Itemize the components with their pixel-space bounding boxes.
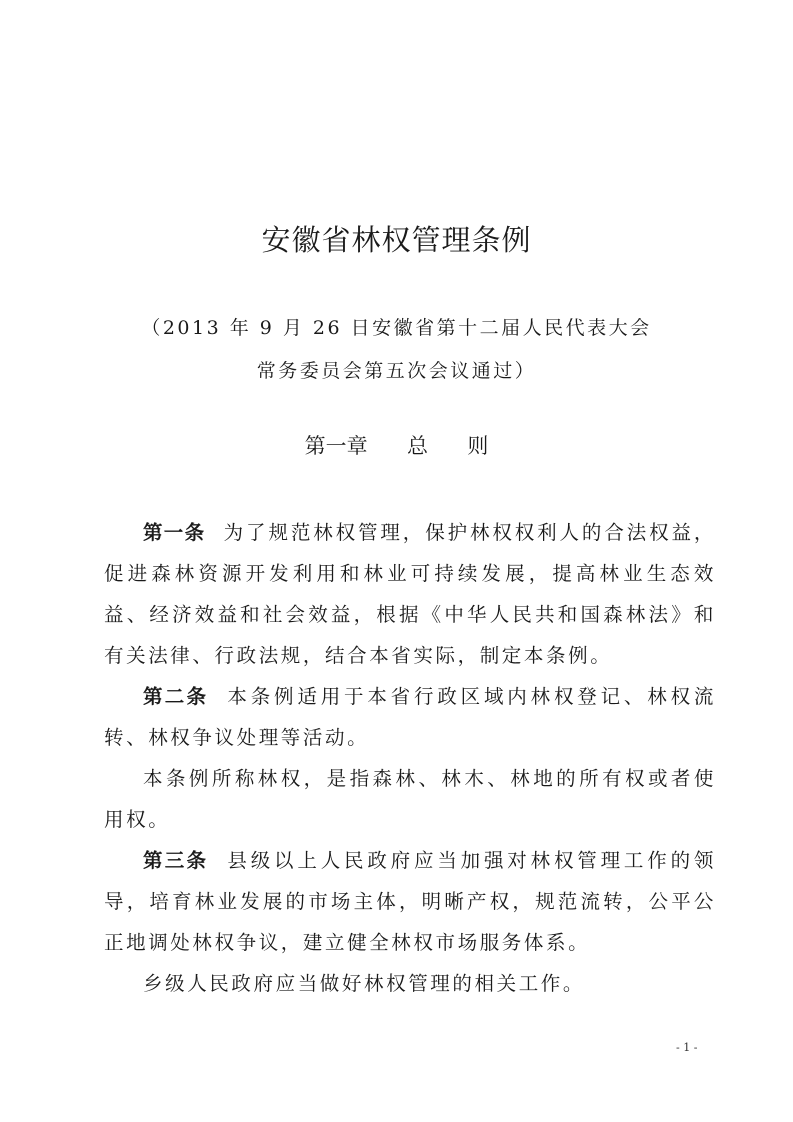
article-paragraph: 第二条本条例适用于本省行政区域内林权登记、林权流转、林权争议处理等活动。 bbox=[104, 676, 716, 758]
chapter-name-part-2: 则 bbox=[467, 430, 488, 460]
article-label: 第三条 bbox=[143, 849, 208, 872]
article-paragraph: 乡级人民政府应当做好林权管理的相关工作。 bbox=[104, 963, 716, 1004]
article-1: 第一条为了规范林权管理，保护林权权利人的合法权益，促进森林资源开发利用和林业可持… bbox=[104, 512, 716, 676]
document-page: 安徽省林权管理条例 （2013 年 9 月 26 日安徽省第十二届人民代表大会 … bbox=[0, 0, 793, 1122]
article-label: 第一条 bbox=[143, 521, 205, 544]
chapter-name-part-1: 总 bbox=[407, 430, 428, 460]
article-label: 第二条 bbox=[143, 685, 208, 708]
chapter-heading: 第一章 总 则 bbox=[0, 430, 793, 460]
chapter-number: 第一章 bbox=[305, 430, 368, 460]
page-number: - 1 - bbox=[676, 1041, 697, 1054]
article-2: 第二条本条例适用于本省行政区域内林权登记、林权流转、林权争议处理等活动。 本条例… bbox=[104, 676, 716, 840]
document-title: 安徽省林权管理条例 bbox=[0, 218, 793, 259]
adoption-note-line-1: （2013 年 9 月 26 日安徽省第十二届人民代表大会 bbox=[0, 313, 793, 340]
article-paragraph: 本条例所称林权，是指森林、林木、林地的所有权或者使用权。 bbox=[104, 758, 716, 840]
article-paragraph: 第一条为了规范林权管理，保护林权权利人的合法权益，促进森林资源开发利用和林业可持… bbox=[104, 512, 716, 676]
article-paragraph: 第三条县级以上人民政府应当加强对林权管理工作的领导，培育林业发展的市场主体，明晰… bbox=[104, 840, 716, 963]
article-3: 第三条县级以上人民政府应当加强对林权管理工作的领导，培育林业发展的市场主体，明晰… bbox=[104, 840, 716, 1004]
adoption-note-line-2: 常务委员会第五次会议通过） bbox=[0, 356, 793, 383]
